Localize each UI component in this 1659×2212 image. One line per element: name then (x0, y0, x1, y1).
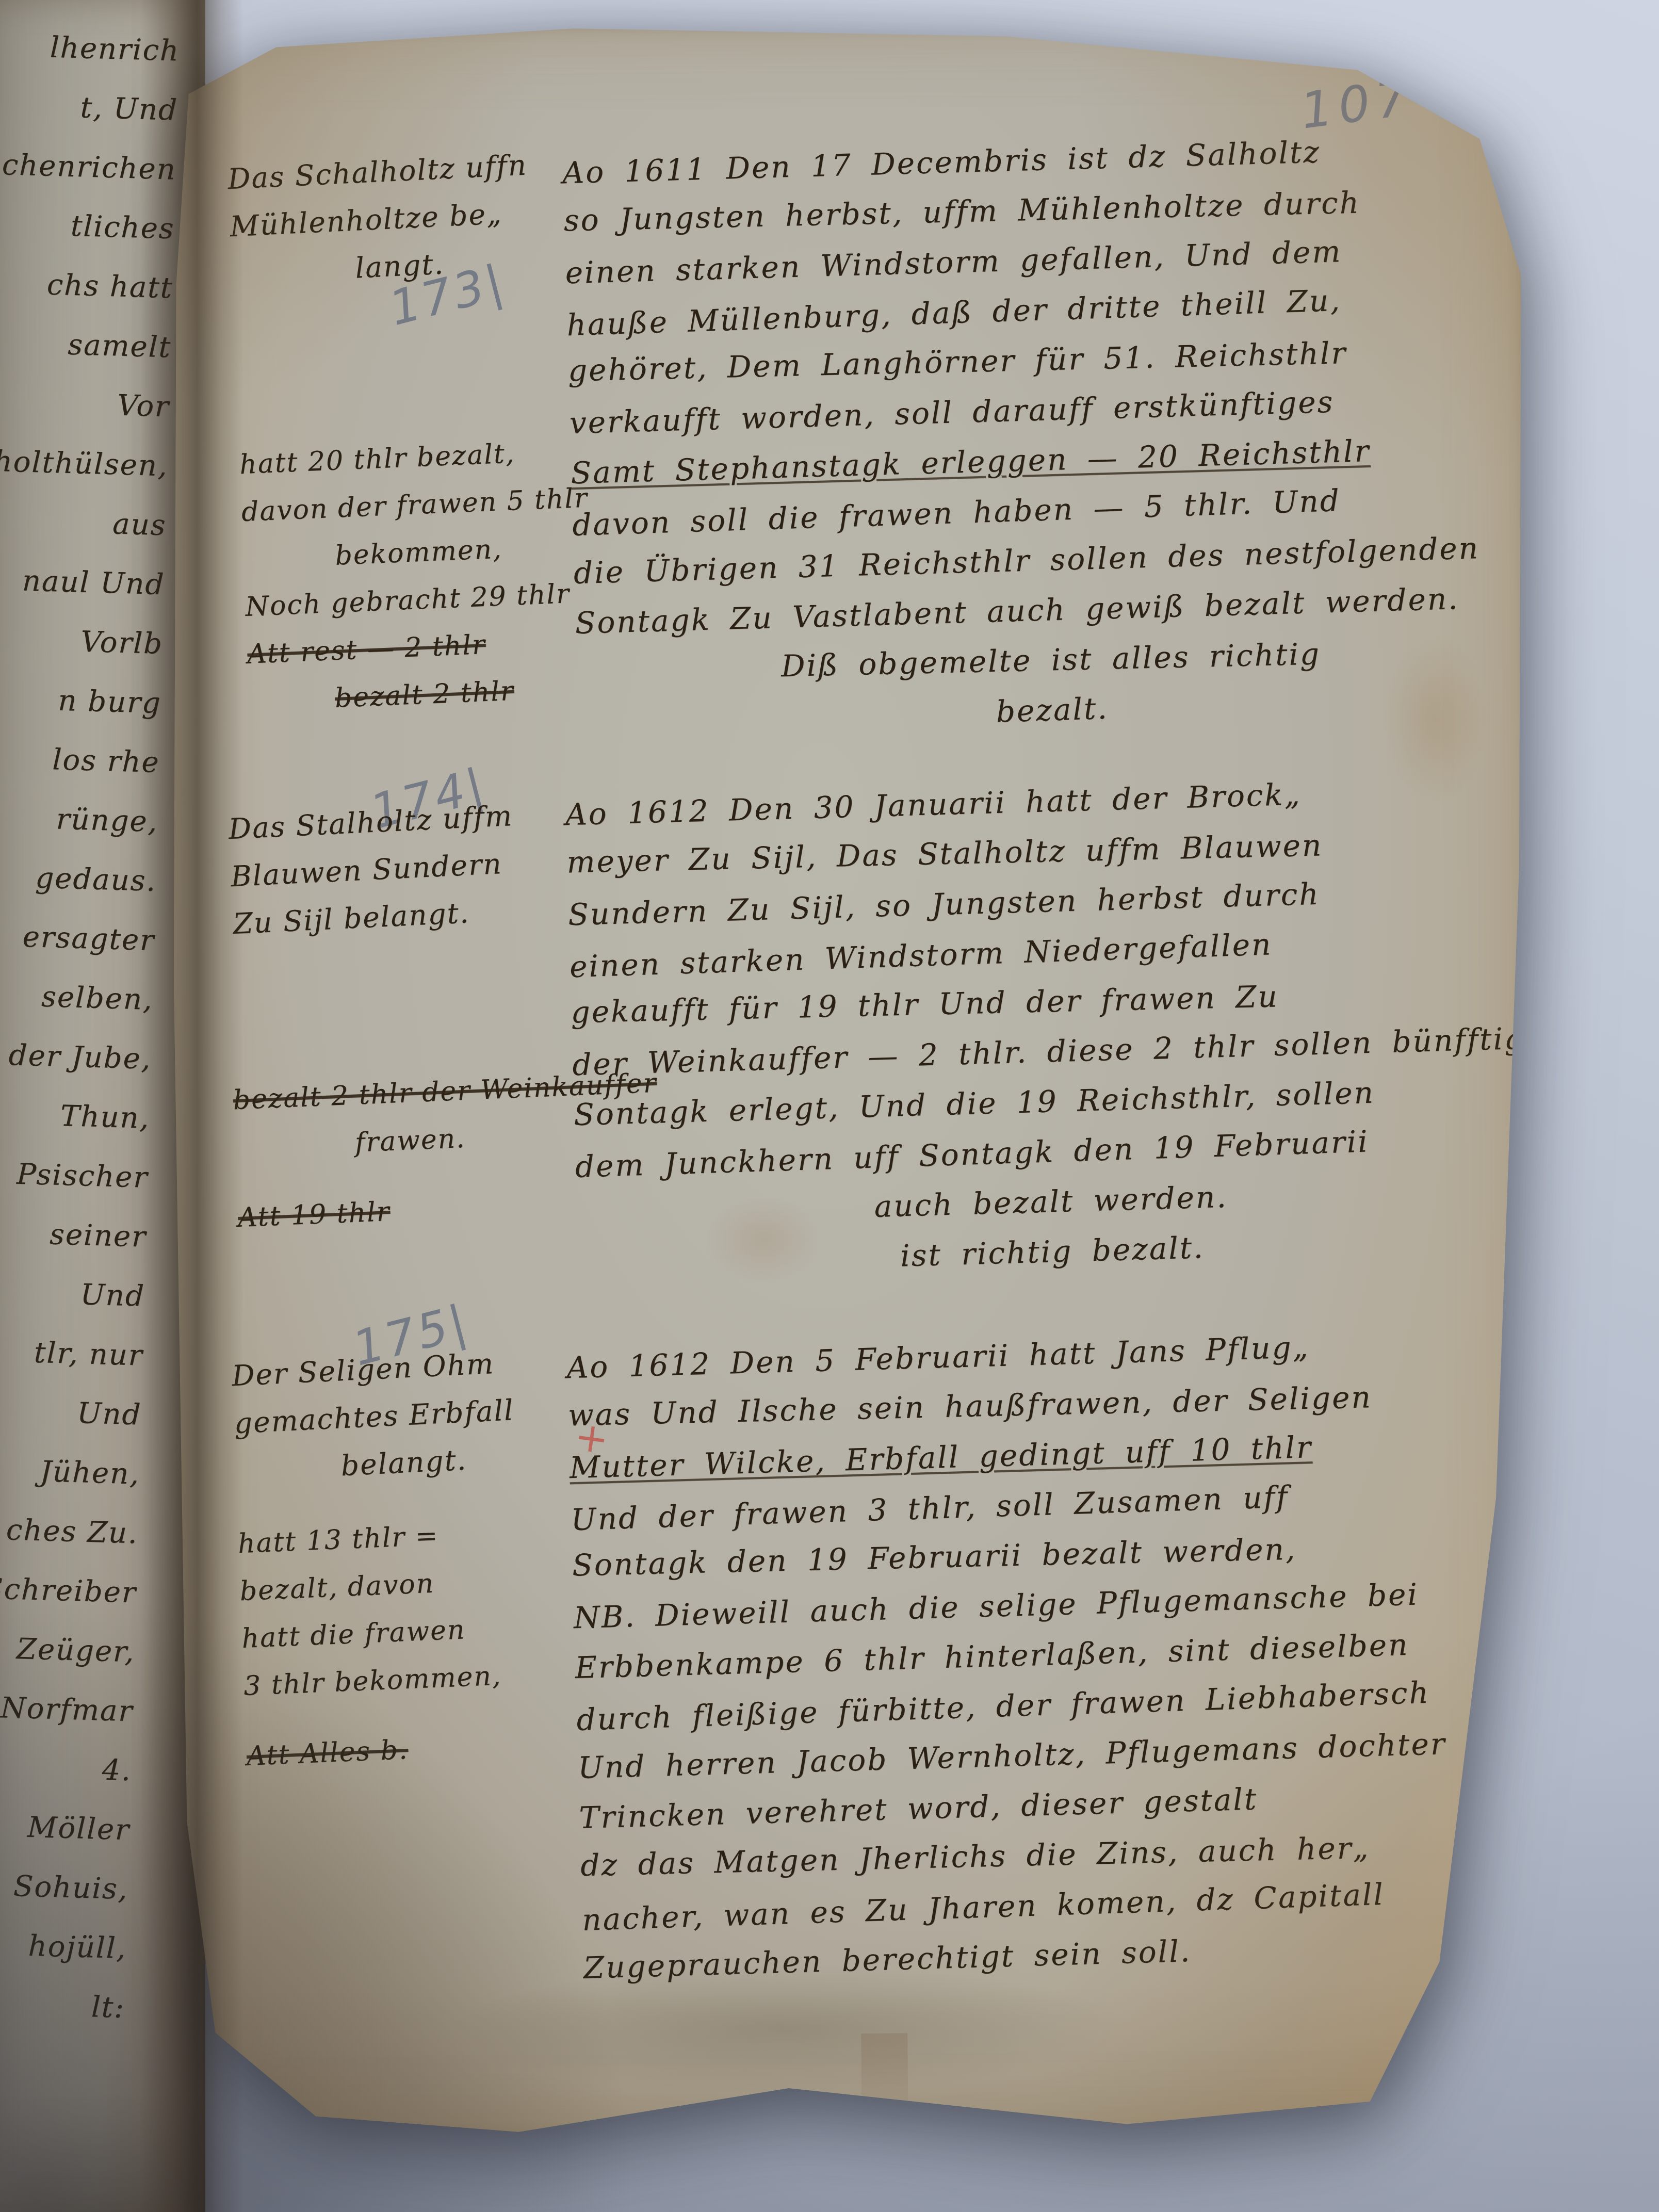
handwritten-line: Vor (0, 369, 171, 437)
handwritten-line: seiner (0, 1199, 148, 1267)
photo-of-manuscript: { "colors": { "background": "#bfc6d4", "… (0, 0, 1659, 2212)
manuscript-page-wrap: 107 Das Schalholtz uffnMühlenholtze be„l… (174, 27, 1526, 2134)
ledger-entry-2: 174| Das Stalholtz uffmBlauwen SundernZu… (168, 23, 1520, 31)
entry-margin-notes: hatt 13 thlr =bezalt, davonhatt die fraw… (237, 1506, 598, 1780)
handwritten-line: Psischer (0, 1140, 149, 1208)
handwritten-line: aus (0, 488, 167, 556)
handwritten-line: tlr, nur (0, 1318, 144, 1386)
handwritten-line: lt: (0, 1971, 126, 2038)
handwritten-line: 4. (0, 1733, 133, 1801)
handwritten-line: lhenrich (0, 13, 181, 81)
handwritten-line: Scholthülsen, (0, 429, 169, 496)
handwritten-line: Zeüger, (0, 1615, 136, 1682)
handwritten-line: samelt (0, 310, 172, 378)
handwritten-line: Und (0, 1377, 142, 1445)
handwritten-line: chenrichen (0, 132, 177, 200)
handwritten-line: chs hatt (0, 251, 174, 318)
ledger-entry-1: Das Schalholtz uffnMühlenholtze be„langt… (168, 23, 1520, 31)
handwritten-line: Sohuis, (0, 1852, 129, 1920)
previous-page-text: lhenricht, Undchenrichentlicheschs hatts… (0, 13, 181, 2038)
handwritten-line: der Jube, (0, 1021, 152, 1089)
handwritten-line: gedaus. (0, 843, 157, 911)
handwritten-line: Jühen, (0, 1437, 141, 1504)
handwritten-line: n burg (0, 666, 162, 734)
paper-stain (861, 2033, 908, 2137)
handwritten-line: Norfmar (0, 1674, 134, 1742)
entry-margin-title: Das Schalholtz uffnMühlenholtze be„langt… (226, 139, 568, 298)
handwritten-line: los rhe (0, 725, 160, 792)
handwritten-line: tliches (0, 191, 175, 259)
entry-main-text: Ao 1612 Den 5 Februarii hatt Jans Pflug„… (566, 1316, 1533, 1993)
entry-main-text: Ao 1611 Den 17 Decembris ist dz Salholtz… (562, 122, 1527, 749)
entry-main-text: Ao 1612 Den 30 Januarii hatt der Brock„m… (565, 763, 1527, 1290)
handwritten-line: Möller (0, 1793, 131, 1860)
handwritten-line: selben, (0, 962, 154, 1030)
handwritten-line: Schreiber (0, 1555, 137, 1623)
handwritten-line: Thun, (0, 1081, 151, 1148)
handwritten-line: Att 19 thlr (237, 1180, 589, 1242)
entry-margin-title: Der Seligen Ohmgemachtes Erbfallbelangt. (231, 1336, 572, 1494)
handwritten-line: Att Alles b. (246, 1718, 598, 1780)
manuscript-page: 107 Das Schalholtz uffnMühlenholtze be„l… (168, 23, 1533, 2138)
handwritten-line: t, Und (0, 73, 179, 140)
entry-margin-title: Das Stalholtz uffmBlauwen SundernZu Sijl… (227, 789, 569, 948)
entry-margin-notes: hatt 20 thlr bezalt,davon der frawen 5 t… (238, 427, 600, 725)
handwritten-line: hojüll, (0, 1911, 127, 1979)
handwritten-line: ches Zu. (0, 1496, 139, 1564)
handwritten-line: rünge, (0, 784, 159, 852)
handwritten-line: Vorlb (0, 607, 164, 674)
handwritten-line: ersagter (0, 903, 156, 970)
entry-margin-notes: bezalt 2 thlr der Weinkaufferfrawen.Att … (232, 1062, 590, 1242)
ledger-entry-3: 175| + Der Seligen Ohmgemachtes Erbfallb… (168, 23, 1520, 31)
handwritten-line: Und (0, 1259, 145, 1326)
handwritten-line: naul Und (0, 547, 166, 615)
